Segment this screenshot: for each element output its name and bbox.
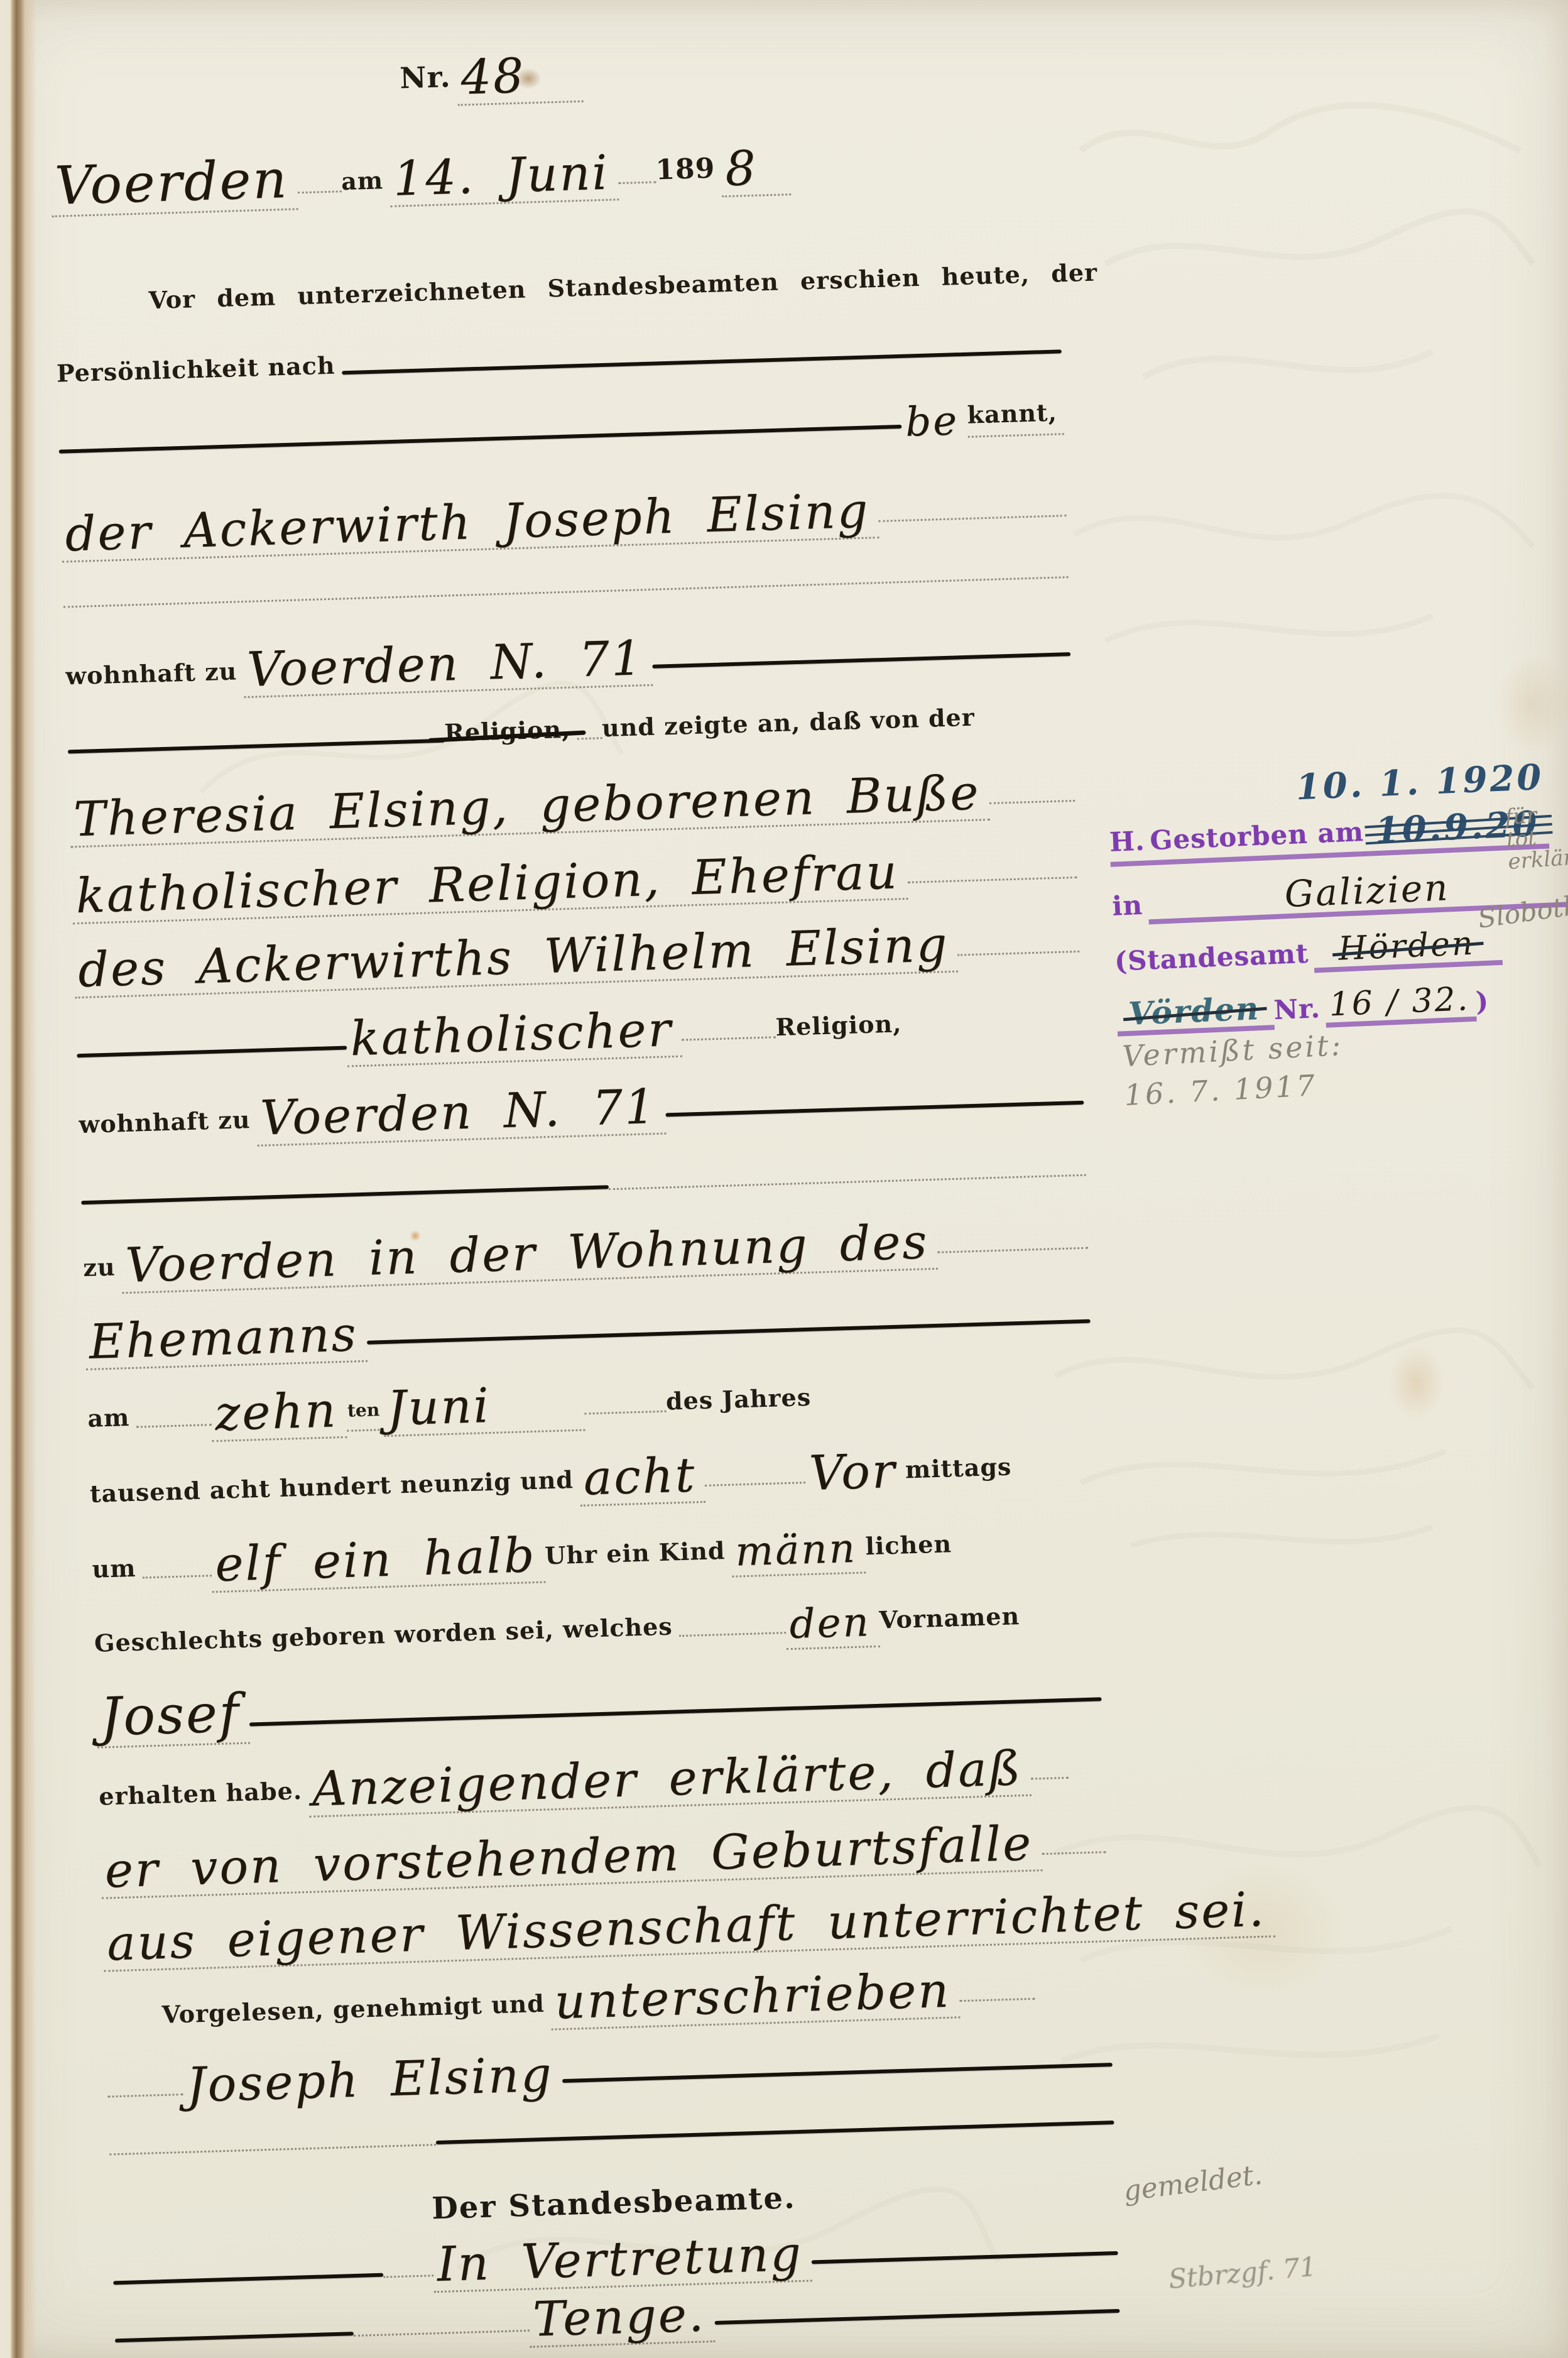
- birth-record-form: Nr. 48 Voerden am 14. Juni 189 8 Vor dem…: [46, 2, 1120, 2354]
- vornamen-label: Vornamen: [879, 1604, 1026, 1641]
- gestorben-label: Gestorben am: [1150, 819, 1370, 866]
- stain: [1388, 1345, 1445, 1420]
- pencil-gemeldet: gemeldet.: [1122, 2161, 1264, 2207]
- lichen-label: lichen: [865, 1532, 959, 1567]
- kannt-label: kannt,: [967, 400, 1064, 438]
- ink-rule: [714, 2309, 1119, 2325]
- pencil-erklaert: erklärt: [1507, 846, 1568, 874]
- zu-label: zu: [83, 1255, 122, 1289]
- religion-label: Religion,: [775, 1012, 908, 1048]
- stamp-close-paren: ): [1475, 988, 1494, 1022]
- ink-rule: [812, 2251, 1118, 2264]
- in-label: in: [1112, 892, 1149, 925]
- bleed-through-ghost: [1068, 75, 1545, 427]
- binding-edge: [0, 0, 38, 2358]
- stamp-nr-label: Nr.: [1273, 995, 1326, 1030]
- stamp-nr-value: 16 / 32.: [1325, 983, 1477, 1023]
- ten-label: ten: [346, 1401, 384, 1432]
- um-label: um: [92, 1556, 143, 1590]
- vermisst-date: 16. 7. 1917: [1124, 1069, 1346, 1111]
- pencil-fuer-tot-note: für tot erklärt: [1504, 802, 1568, 874]
- ink-rule: [653, 652, 1071, 669]
- uhr-kind-label: Uhr ein Kind: [545, 1539, 732, 1577]
- register-page: Nr. 48 Voerden am 14. Juni 189 8 Vor dem…: [0, 0, 1568, 2358]
- ink-rule: [68, 739, 445, 754]
- mittags-label: mittags: [905, 1455, 1018, 1490]
- stamp-gestorben-row: H. Gestorben am 10.9.20: [1109, 804, 1568, 867]
- wohnhaft-label: wohnhaft zu: [65, 659, 244, 697]
- official-signature: Tenge.: [528, 2291, 715, 2348]
- struck-office: Hörden: [1334, 927, 1481, 967]
- bleed-through-ghost: [1055, 478, 1545, 729]
- pencil-vermisst-note: Vermißt seit: 16. 7. 1917: [1121, 1030, 1346, 1111]
- nr-label: Nr.: [400, 62, 458, 102]
- blue-date: 10. 1. 1920: [1295, 760, 1545, 805]
- ink-rule: [77, 1046, 347, 1058]
- year-printed: 189: [655, 155, 722, 193]
- bleed-through-ghost: [1043, 1307, 1545, 1571]
- stain: [1495, 653, 1568, 754]
- h-label: H.: [1109, 827, 1151, 867]
- death-place: Galizien: [1280, 869, 1457, 914]
- am-label: am: [341, 168, 390, 202]
- standesamt-label: (Standesamt: [1114, 940, 1314, 981]
- wohnhaft-label2: wohnhaft zu: [79, 1108, 257, 1145]
- religion-label-struck: Religion,: [444, 717, 577, 753]
- stamp-blue-date-row: 10. 1. 1920: [1295, 758, 1568, 805]
- am-label2: am: [87, 1406, 136, 1439]
- pencil-scrawl-71: Stbrzgf. 71: [1168, 2253, 1318, 2293]
- ink-rule: [666, 1101, 1084, 1117]
- ink-rule: [81, 1185, 609, 1204]
- ink-rule: [113, 2273, 383, 2285]
- des-jahres-label: des Jahres: [665, 1385, 818, 1422]
- struck-office2: Vörden: [1125, 993, 1265, 1031]
- ink-rule: [115, 2332, 354, 2342]
